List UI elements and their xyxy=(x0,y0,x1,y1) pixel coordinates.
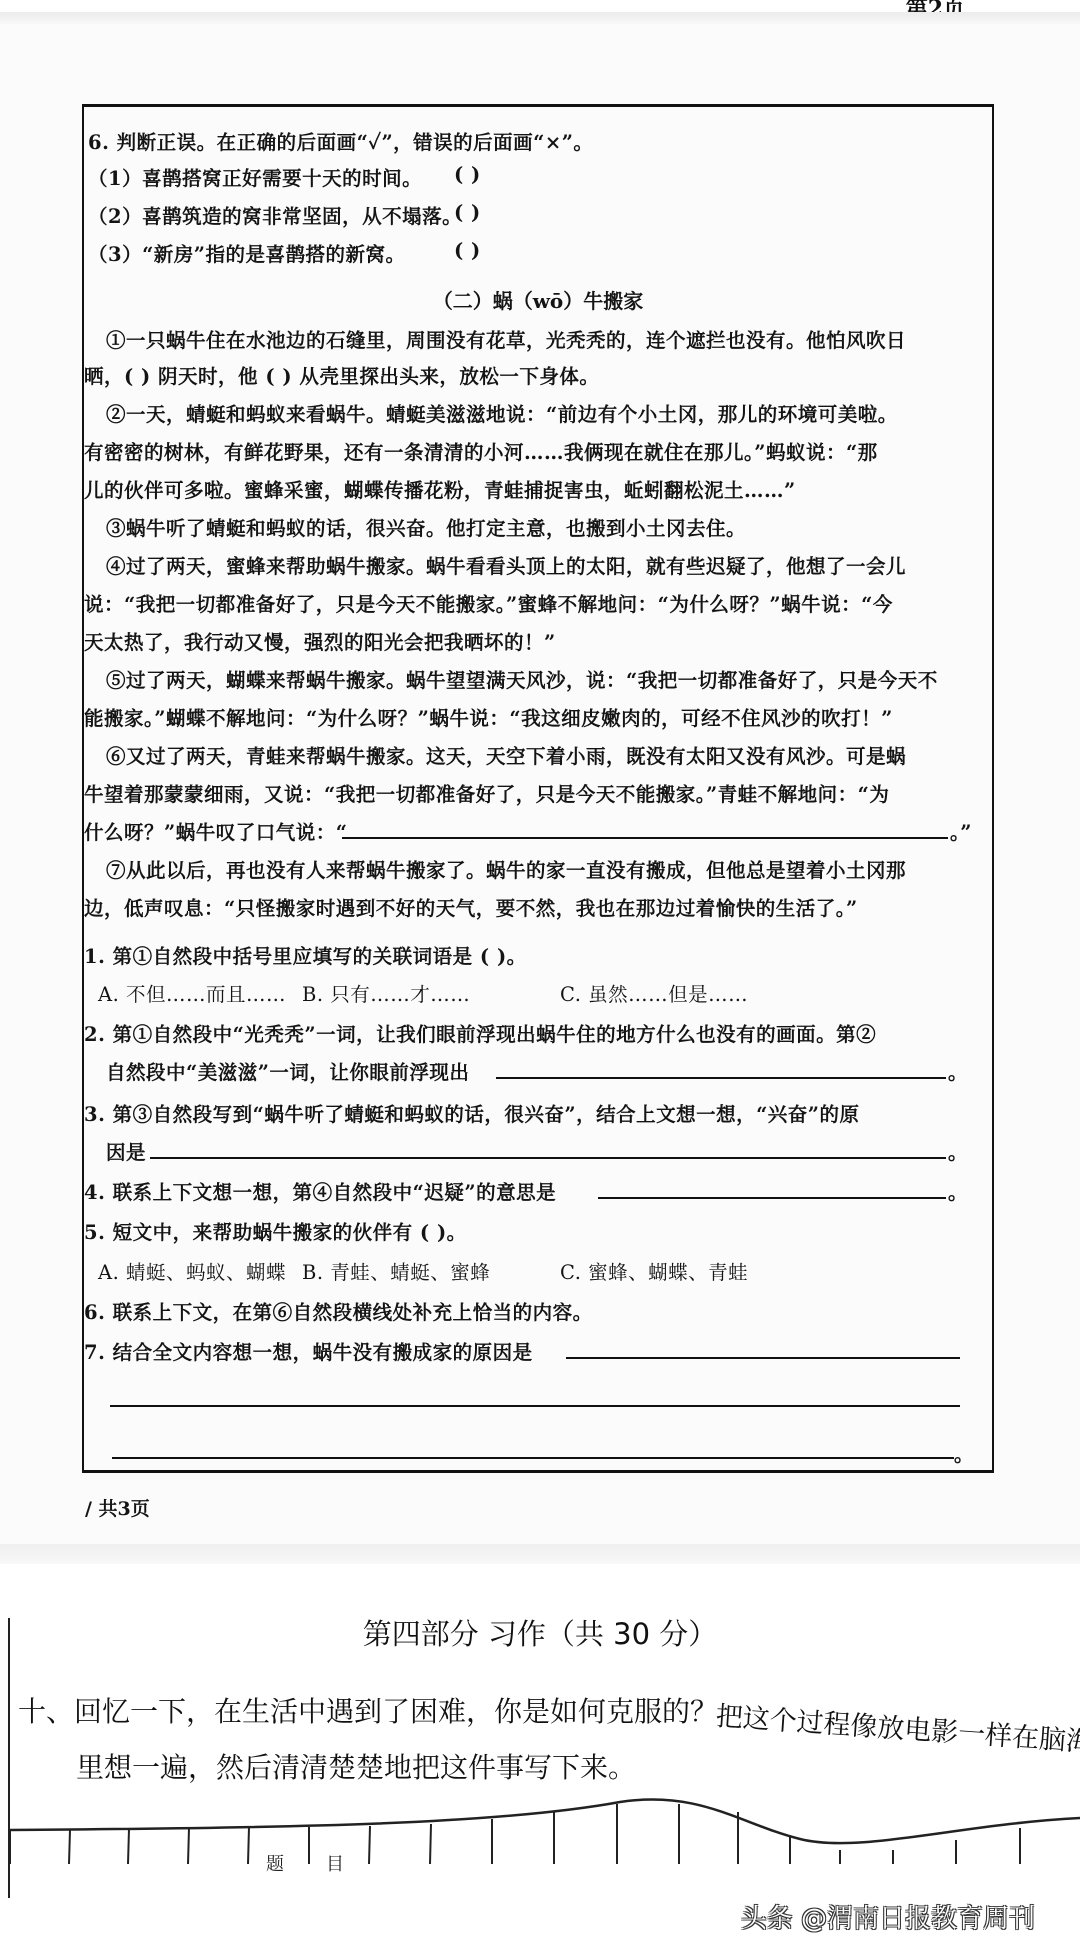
period: 。 xyxy=(948,1137,968,1165)
q6-heading: 6. 判断正误。在正确的后面画“✓”，错误的后面画“×”。 xyxy=(88,127,593,155)
period: 。 xyxy=(948,1057,968,1085)
page-separator-top xyxy=(0,12,1080,24)
writing-prompt-line2: 里想一遍，然后清清楚楚地把这件事写下来。 xyxy=(76,1746,636,1786)
q1-option-b[interactable]: B. 只有……才…… xyxy=(302,979,470,1007)
passage-line: 边，低声叹息：“只怪搬家时遇到不好的天气，要不然，我也在那边过着愉快的生活了。” xyxy=(84,893,858,921)
question-5: 5. 短文中，来帮助蜗牛搬家的伙伴有 ( )。 xyxy=(84,1217,467,1245)
question-3-line2: 因是 xyxy=(106,1137,146,1165)
q6-answer-1[interactable]: ( ) xyxy=(454,163,481,186)
exam-page-reading: 6. 判断正误。在正确的后面画“✓”，错误的后面画“×”。 （1）喜鹊搭窝正好需… xyxy=(0,24,1080,1544)
writing-prompt-line1b: 把这个过程像放电影一样在脑海 xyxy=(715,1694,1080,1759)
passage-line: 有密密的树林，有鲜花野果，还有一条清清的小河……我俩现在就住在那儿。”蚂蚁说：“… xyxy=(84,437,878,465)
question-3-line1: 3. 第③自然段写到“蜗牛听了蜻蜓和蚂蚁的话，很兴奋”，结合上文想一想，“兴奋”… xyxy=(84,1099,860,1127)
passage-line: ③蜗牛听了蜻蜓和蚂蚁的话，很兴奋。他打定主意，也搬到小土冈去住。 xyxy=(106,513,746,541)
question-2-line1: 2. 第①自然段中“光秃秃”一词，让我们眼前浮现出蜗牛住的地方什么也没有的画面。… xyxy=(84,1019,876,1047)
passage-line: 晒，( ) 阴天时，他 ( ) 从壳里探出头来，放松一下身体。 xyxy=(84,361,599,389)
q5-option-a[interactable]: A. 蜻蜓、蚂蚁、蝴蝶 xyxy=(98,1257,286,1285)
q5-option-c[interactable]: C. 蜜蜂、蝴蝶、青蛙 xyxy=(560,1257,748,1285)
passage-line: ⑤过了两天，蝴蝶来帮蜗牛搬家。蜗牛望望满天风沙，说：“我把一切都准备好了，只是今… xyxy=(106,665,938,693)
q6-item-1: （1）喜鹊搭窝正好需要十天的时间。 xyxy=(88,163,422,191)
question-4: 4. 联系上下文想一想，第④自然段中“迟疑”的意思是 xyxy=(84,1177,556,1205)
source-watermark: 头条 @渭南日报教育周刊 xyxy=(741,1898,1035,1935)
answer-line-q7-3[interactable] xyxy=(112,1439,954,1459)
answer-line-q7-1[interactable] xyxy=(566,1339,960,1359)
answer-line-q7-2[interactable] xyxy=(110,1387,960,1407)
passage-line: 说：“我把一切都准备好了，只是今天不能搬家。”蜜蜂不解地问：“为什么呀？”蜗牛说… xyxy=(84,589,893,617)
q6-answer-3[interactable]: ( ) xyxy=(454,239,481,262)
passage-title: （二）蜗（wō）牛搬家 xyxy=(84,285,992,314)
answer-line-q4[interactable] xyxy=(598,1179,946,1199)
period: 。 xyxy=(954,1439,974,1467)
writing-grid[interactable] xyxy=(0,1784,1080,1884)
passage-line-end: 。” xyxy=(950,817,972,845)
writing-prompt-line1a: 十、回忆一下，在生活中遇到了困难，你是如何克服的？ xyxy=(18,1690,718,1730)
q6-item-2: （2）喜鹊筑造的窝非常坚固，从不塌落。 xyxy=(88,201,462,229)
page-separator xyxy=(0,1544,1080,1564)
q1-option-c[interactable]: C. 虽然……但是…… xyxy=(560,979,748,1007)
passage-line: ④过了两天，蜜蜂来帮助蜗牛搬家。蜗牛看看头顶上的太阳，就有些迟疑了，他想了一会儿 xyxy=(106,551,906,579)
answer-line-q3[interactable] xyxy=(150,1139,946,1159)
q5-option-b[interactable]: B. 青蛙、蜻蜓、蜜蜂 xyxy=(302,1257,490,1285)
passage-line: ⑦从此以后，再也没有人来帮蜗牛搬家了。蜗牛的家一直没有搬成，但他总是望着小土冈那 xyxy=(106,855,906,883)
q1-option-a[interactable]: A. 不但……而且…… xyxy=(98,979,286,1007)
passage-line: ①一只蜗牛住在水池边的石缝里，周围没有花草，光秃秃的，连个遮拦也没有。他怕风吹日 xyxy=(106,325,906,353)
grid-char-1: 题 xyxy=(266,1850,284,1876)
question-1: 1. 第①自然段中括号里应填写的关联词语是 ( )。 xyxy=(84,941,527,969)
page-total-label: / 共3页 xyxy=(85,1494,150,1521)
question-6: 6. 联系上下文，在第⑥自然段横线处补充上恰当的内容。 xyxy=(84,1297,593,1325)
passage-line: 能搬家。”蝴蝶不解地问：“为什么呀？”蜗牛说：“我这细皮嫩肉的，可经不住风沙的吹… xyxy=(84,703,893,731)
reading-section-box: 6. 判断正误。在正确的后面画“✓”，错误的后面画“×”。 （1）喜鹊搭窝正好需… xyxy=(82,104,994,1473)
passage-line: 牛望着那蒙蒙细雨，又说：“我把一切都准备好了，只是今天不能搬家。”青蛙不解地问：… xyxy=(84,779,889,807)
passage-line: 儿的伙伴可多啦。蜜蜂采蜜，蝴蝶传播花粉，青蛙捕捉害虫，蚯蚓翻松泥土……” xyxy=(84,475,796,503)
answer-line-q2[interactable] xyxy=(496,1059,946,1079)
period: 。 xyxy=(948,1177,968,1205)
q6-item-3: （3）“新房”指的是喜鹊搭的新窝。 xyxy=(88,239,406,267)
question-2-line2: 自然段中“美滋滋”一词，让你眼前浮现出 xyxy=(106,1057,469,1085)
exam-page-writing: 第四部分 习作（共 30 分） 十、回忆一下，在生活中遇到了困难，你是如何克服的… xyxy=(0,1564,1080,1950)
fill-blank-snail-reply[interactable] xyxy=(342,819,948,839)
passage-line: ⑥又过了两天，青蛙来帮蜗牛搬家。这天，天空下着小雨，既没有太阳又没有风沙。可是蜗 xyxy=(106,741,906,769)
passage-line: 天太热了，我行动又慢，强烈的阳光会把我晒坏的！” xyxy=(84,627,556,655)
part4-title: 第四部分 习作（共 30 分） xyxy=(0,1612,1080,1653)
q6-answer-2[interactable]: ( ) xyxy=(454,201,481,224)
question-7: 7. 结合全文内容想一想，蜗牛没有搬成家的原因是 xyxy=(84,1337,533,1365)
grid-char-2: 目 xyxy=(326,1850,344,1876)
passage-line: 什么呀？”蜗牛叹了口气说：“ xyxy=(84,817,347,845)
passage-line: ②一天，蜻蜓和蚂蚁来看蜗牛。蜻蜓美滋滋地说：“前边有个小土冈，那儿的环境可美啦。 xyxy=(106,399,898,427)
